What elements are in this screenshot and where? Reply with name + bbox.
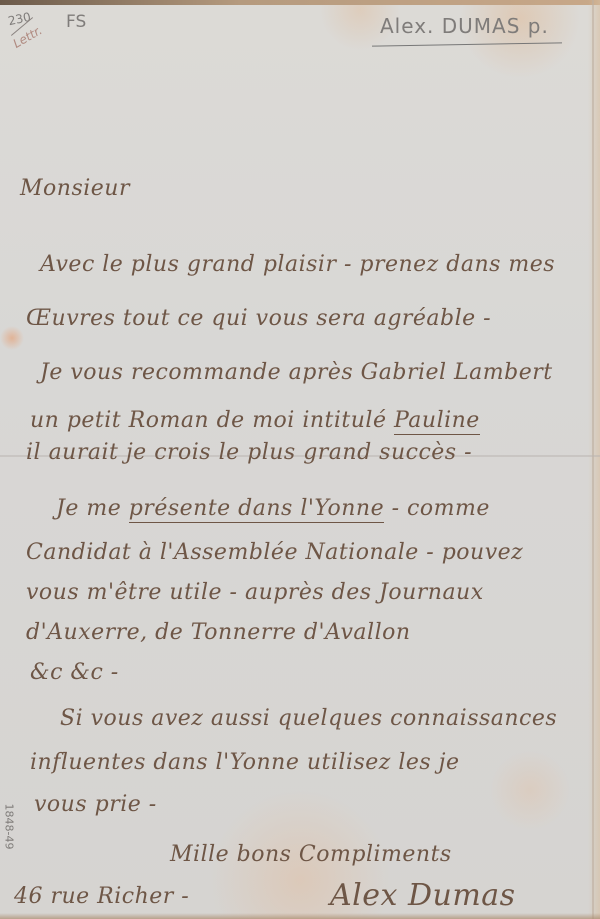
letter-line: Je vous recommande après Gabriel Lambert	[40, 360, 553, 385]
letter-line: Œuvres tout ce qui vous sera agréable -	[26, 306, 491, 331]
letter-line: Je me présente dans l'Yonne - comme	[56, 496, 490, 521]
attribution-note: Alex. DUMAS p.	[380, 14, 549, 38]
letter-line: Candidat à l'Assemblée Nationale - pouve…	[26, 540, 523, 565]
letter-line: il aurait je crois le plus grand succès …	[26, 440, 472, 465]
attribution-underline	[372, 42, 562, 46]
letter-line: d'Auxerre, de Tonnerre d'Avallon	[26, 620, 411, 645]
paper-fold-vertical	[592, 0, 594, 919]
letter-line: Si vous avez aussi quelques connaissance…	[60, 706, 557, 731]
paper-top-edge	[0, 0, 600, 5]
paper-right-edge	[588, 0, 600, 919]
address: 46 rue Richer -	[14, 884, 189, 909]
letter-line: influentes dans l'Yonne utilisez les je	[30, 750, 460, 775]
paper-bottom-edge	[0, 913, 600, 919]
letter-line-text: un petit Roman de moi intitulé	[30, 408, 394, 433]
margin-note-vertical: 1848-49	[2, 804, 15, 850]
signature: Alex Dumas	[330, 878, 516, 913]
letter-line: un petit Roman de moi intitulé Pauline	[30, 408, 480, 433]
letter-line-text: Je me	[56, 496, 129, 521]
letter-line: vous prie -	[34, 792, 157, 817]
annotation-code: FS	[66, 12, 86, 32]
underlined-phrase: présente dans l'Yonne	[129, 496, 384, 523]
closing: Mille bons Compliments	[170, 842, 452, 867]
salutation: Monsieur	[20, 176, 130, 201]
letter-line: Avec le plus grand plaisir - prenez dans…	[40, 252, 555, 277]
letter-sheet: 230 Lettr. FS Alex. DUMAS p. 1848-49 Mon…	[0, 0, 600, 919]
annotation-word: Lettr.	[11, 23, 45, 51]
letter-line-text: - comme	[384, 496, 490, 521]
novel-title-pauline: Pauline	[394, 408, 480, 435]
letter-line: vous m'être utile - auprès des Journaux	[26, 580, 484, 605]
letter-line: &c &c -	[30, 660, 119, 685]
